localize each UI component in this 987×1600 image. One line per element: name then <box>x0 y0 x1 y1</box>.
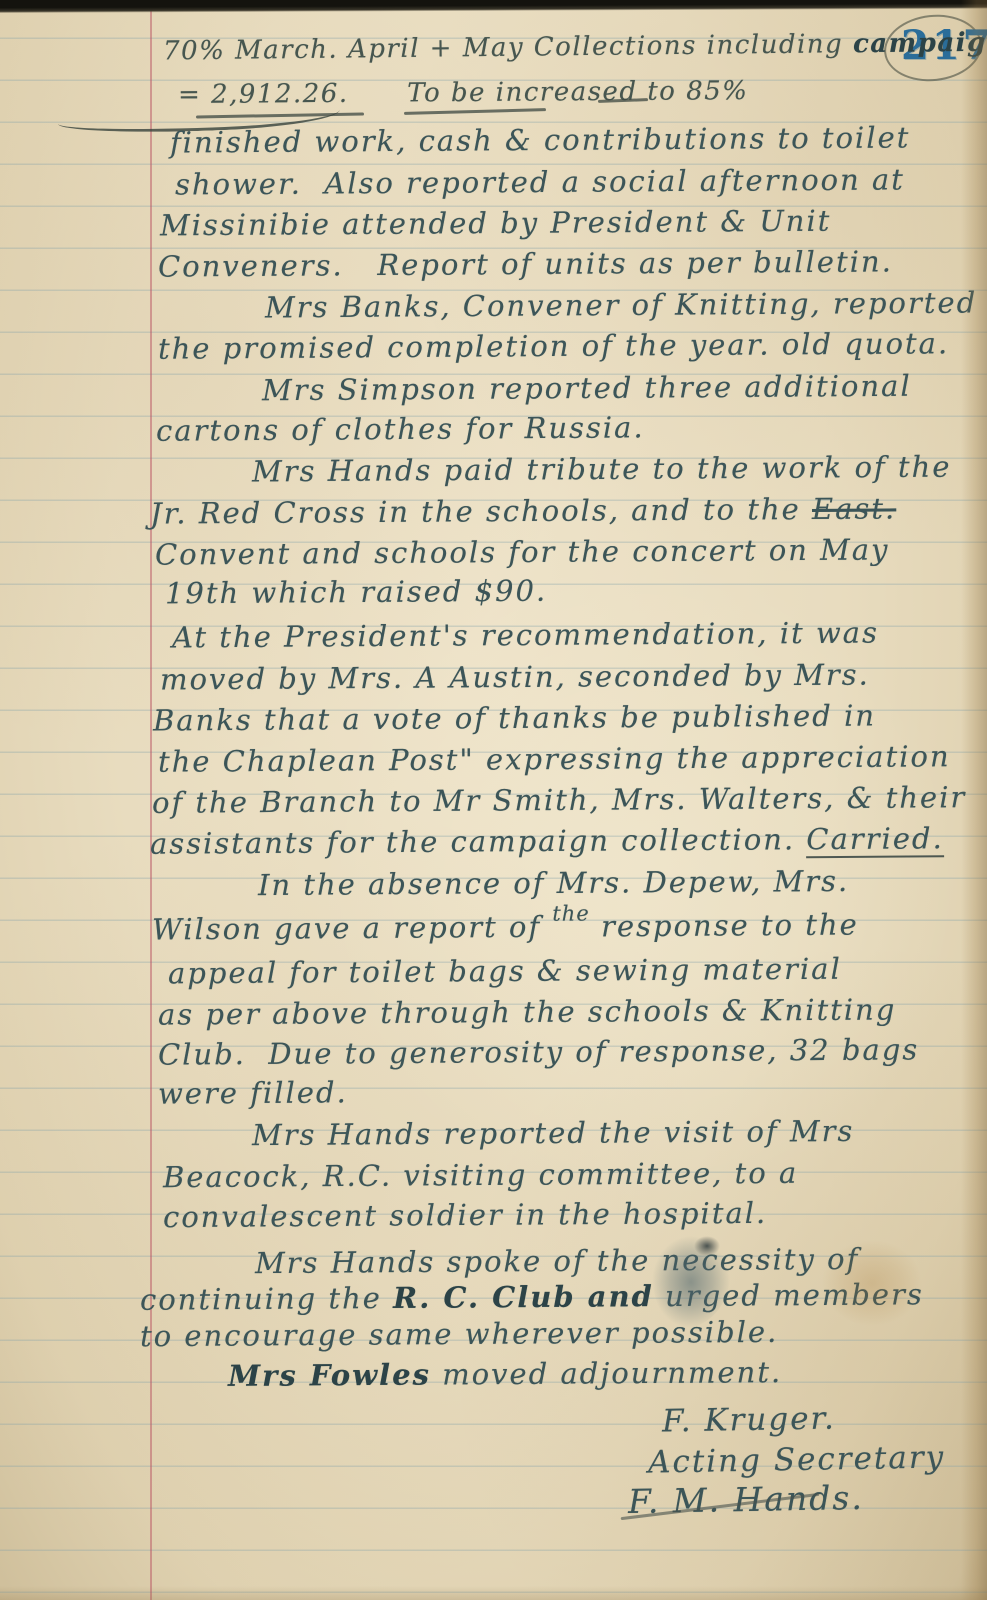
minutes-text: assistants for the campaign collection. <box>150 822 807 861</box>
minutes-line: Banks that a vote of thanks be published… <box>153 701 876 735</box>
header-note-text: 70% March. April + May Collections inclu… <box>163 29 853 66</box>
minutes-line: assistants for the campaign collection. … <box>150 824 944 859</box>
header-note-line-2: = 2,912.26. To be increased to 85% <box>178 76 749 110</box>
minutes-line: of the Branch to Mr Smith, Mrs. Walters,… <box>152 783 966 818</box>
minutes-line: shower. Also reported a social afternoon… <box>175 165 905 199</box>
underline-stroke <box>404 108 546 115</box>
minutes-text: response to the <box>590 908 859 944</box>
signature-name: F. Kruger. <box>662 1400 836 1439</box>
minutes-line: Club. Due to generosity of response, 32 … <box>158 1035 919 1069</box>
minutes-line: convalescent soldier in the hospital. <box>163 1199 767 1232</box>
minutes-line: 19th which raised $90. <box>165 577 547 609</box>
minutes-line: Mrs Hands paid tribute to the work of th… <box>252 453 952 487</box>
minutes-line: the Chaplean Post" expressing the apprec… <box>158 742 951 777</box>
paper-stain <box>822 1240 922 1326</box>
minutes-text: moved adjournment. <box>431 1355 782 1391</box>
minutes-line: as per above through the schools & Knitt… <box>158 995 897 1029</box>
minutes-text: continuing the <box>140 1281 393 1317</box>
minutes-line: Jr. Red Cross in the schools, and to the… <box>150 494 896 528</box>
header-note-line-1: 70% March. April + May Collections inclu… <box>163 28 987 67</box>
inserted-word: the <box>552 901 590 925</box>
minutes-text: Jr. Red Cross in the schools, and to the <box>150 492 812 531</box>
underlined-word: Carried. <box>806 821 944 858</box>
minutes-line: moved by Mrs. A Austin, seconded by Mrs. <box>160 661 870 695</box>
minutes-line: Mrs Hands reported the visit of Mrs <box>252 1117 855 1150</box>
minutes-line: appeal for toilet bags & sewing material <box>168 955 842 989</box>
minutes-line: Wilson gave a report of the response to … <box>152 911 859 945</box>
minutes-line: Mrs Banks, Convener of Knitting, reporte… <box>265 289 977 323</box>
overwritten-words: Mrs Fowles <box>228 1358 431 1393</box>
top-edge-shadow <box>0 0 987 13</box>
ledger-page: 217 70% March. April + May Collections i… <box>0 0 987 1600</box>
overwritten-words: R. C. Club and <box>393 1279 654 1315</box>
ink-blot <box>694 1236 720 1256</box>
signature-title: Acting Secretary <box>648 1439 946 1480</box>
minutes-line: the promised completion of the year. old… <box>158 329 949 364</box>
minutes-line: Beacock, R.C. visiting committee, to a <box>163 1159 798 1192</box>
minutes-line: finished work, cash & contributions to t… <box>170 123 911 157</box>
minutes-line: Mrs Simpson reported three additional <box>262 372 912 406</box>
right-edge-shadow <box>961 0 987 1600</box>
minutes-line: At the President's recommendation, it wa… <box>172 619 879 653</box>
minutes-line: Mrs Hands spoke of the necessity of <box>255 1245 859 1278</box>
minutes-text: Wilson gave a report of <box>152 910 553 947</box>
minutes-line: cartons of clothes for Russia. <box>156 413 645 445</box>
bottom-edge-shadow <box>0 1586 987 1600</box>
minutes-line: Mrs Fowles moved adjournment. <box>228 1358 782 1391</box>
minutes-line: Missinibie attended by President & Unit <box>160 207 832 241</box>
minutes-line: were filled. <box>158 1078 348 1108</box>
minutes-line: Convent and schools for the concert on M… <box>155 535 890 569</box>
minutes-line: continuing the R. C. Club and urged memb… <box>140 1280 924 1314</box>
minutes-line: In the absence of Mrs. Depew, Mrs. <box>258 867 849 900</box>
struck-word: East. <box>812 491 896 526</box>
minutes-line: Conveners. Report of units as per bullet… <box>158 247 893 281</box>
